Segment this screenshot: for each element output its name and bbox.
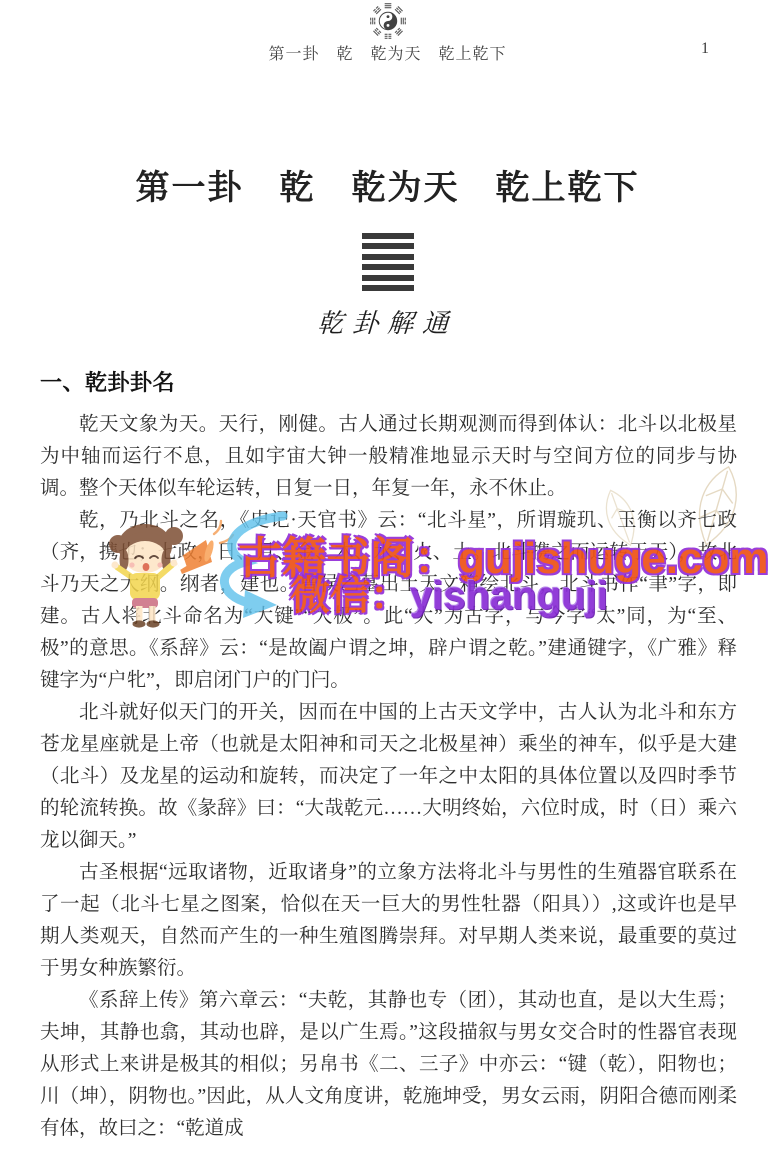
yang-line xyxy=(362,275,414,281)
body-paragraph: 古圣根据“远取诸物，近取诸身”的立象方法将北斗与男性的生殖器官联系在了一起（北斗… xyxy=(40,857,737,985)
taiji-bagua-icon xyxy=(369,2,407,40)
body-content: 一、乾卦卦名 乾天文象为天。天行，刚健。古人通过长期观测而得到体认：北斗以北极星… xyxy=(40,366,737,1145)
page-number: 1 xyxy=(701,40,709,58)
body-paragraph: 乾天文象为天。天行，刚健。古人通过长期观测而得到体认：北斗以北极星为中轴而运行不… xyxy=(40,409,737,505)
yang-line xyxy=(362,254,414,260)
yang-line xyxy=(362,264,414,270)
body-paragraph: 《系辞上传》第六章云：“夫乾，其静也专（团），其动也直，是以大生焉；夫坤，其静也… xyxy=(40,985,737,1145)
running-header: 第一卦 乾 乾为天 乾上乾下 xyxy=(0,41,775,64)
blue-swoosh-arrow-icon xyxy=(203,508,298,633)
subtitle: 乾卦解通 xyxy=(0,303,775,340)
yang-line xyxy=(362,243,414,249)
yang-line xyxy=(362,285,414,291)
chapter-title: 第一卦 乾 乾为天 乾上乾下 xyxy=(0,160,775,209)
qian-hexagram-icon xyxy=(362,233,414,291)
section-heading: 一、乾卦卦名 xyxy=(40,366,737,397)
book-page-scan: 第一卦 乾 乾为天 乾上乾下 1 第一卦 乾 乾为天 乾上乾下 乾卦解通 一、乾… xyxy=(0,0,775,1153)
body-paragraph: 北斗就好似天门的开关，因而在中国的上古天文学中，古人认为北斗和东方苍龙星座就是上… xyxy=(40,697,737,857)
yang-line xyxy=(362,233,414,239)
